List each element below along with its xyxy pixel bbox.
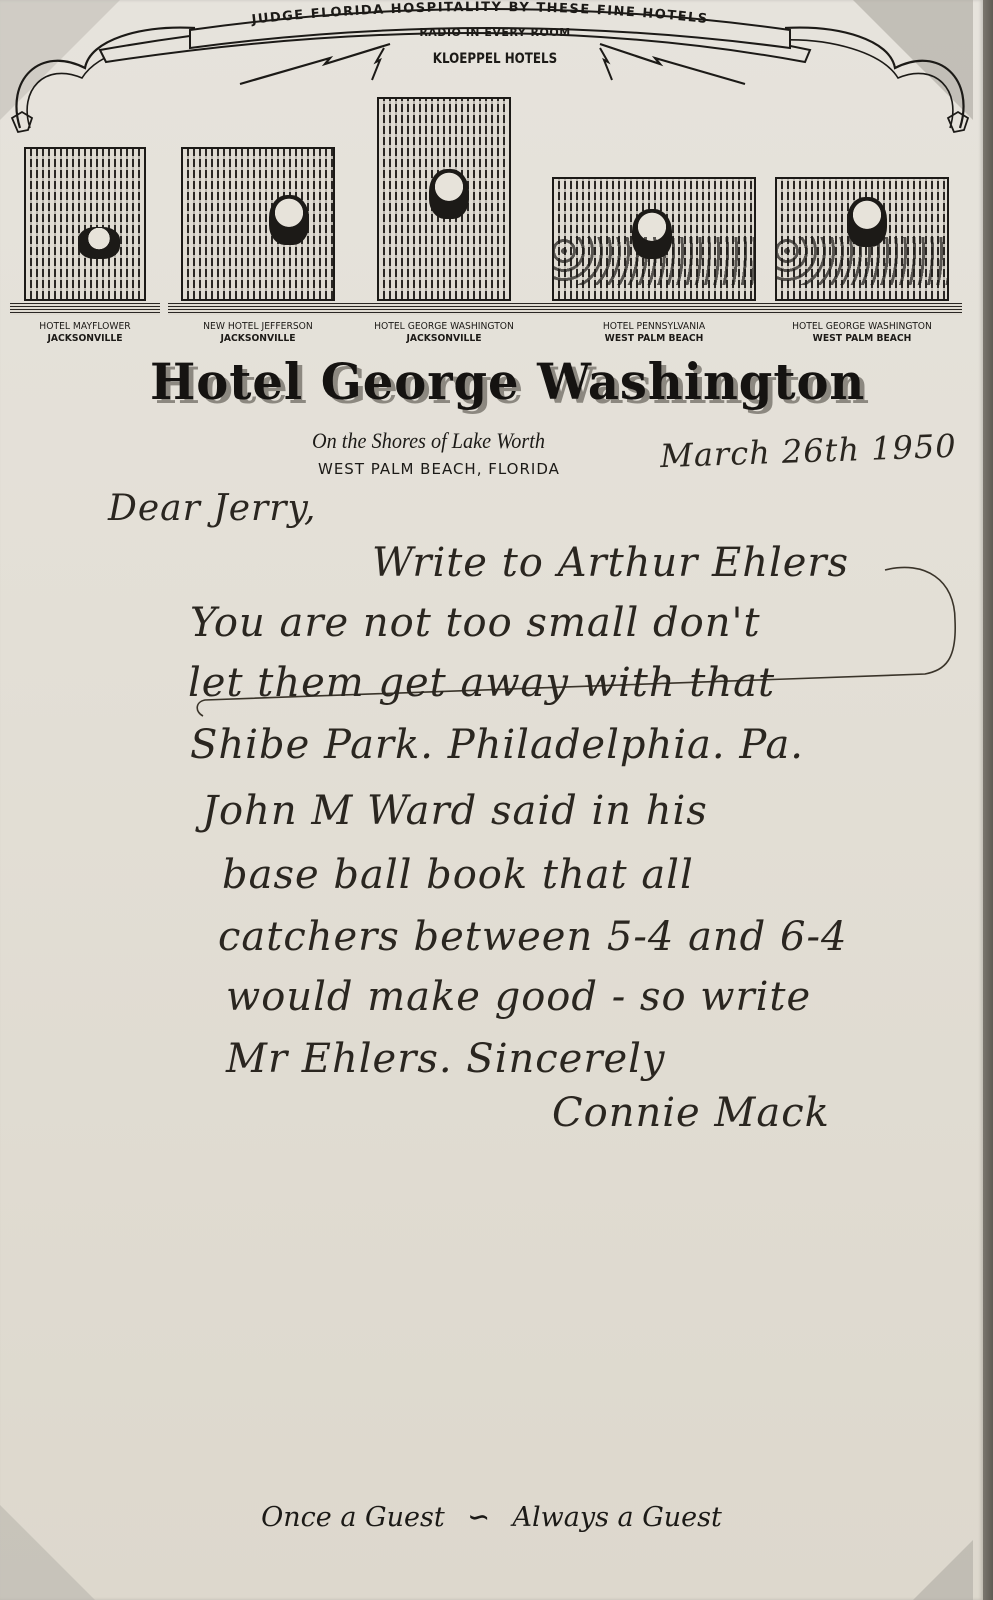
- building-with-washington-portrait-icon: [377, 97, 511, 301]
- footer-motto: Once a Guest ∽ Always a Guest: [0, 1502, 983, 1533]
- hotel-city: JACKSONVILLE: [175, 333, 341, 345]
- hotel-city: JACKSONVILLE: [356, 333, 533, 345]
- hotel-george-washington-jacksonville: HOTEL GEORGE WASHINGTONJACKSONVILLE: [348, 97, 540, 345]
- letter-line-2: You are not too small don't: [190, 600, 761, 646]
- letter-line-9: Mr Ehlers. Sincerely: [226, 1036, 666, 1082]
- letter-line-8: would make good - so write: [226, 974, 811, 1020]
- hotel-george-washington-west-palm-beach: HOTEL GEORGE WASHINGTONWEST PALM BEACH: [762, 177, 962, 345]
- hotel-illustrations-row: HOTEL MAYFLOWERJACKSONVILLE NEW HOTEL JE…: [10, 75, 970, 345]
- building-with-ship-emblem-icon: [24, 147, 146, 301]
- letter-line-1: Write to Arthur Ehlers: [372, 540, 849, 586]
- swirl-separator-icon: ∽: [467, 1502, 490, 1533]
- hotel-name: HOTEL MAYFLOWER: [39, 321, 130, 332]
- footer-motto-left: Once a Guest: [261, 1502, 445, 1533]
- letter-line-5: John M Ward said in his: [202, 788, 708, 834]
- building-with-penn-portrait-icon: [552, 177, 756, 301]
- hotel-name: HOTEL GEORGE WASHINGTON: [374, 321, 514, 332]
- letter-signature: Connie Mack: [552, 1090, 830, 1136]
- hotel-subtitle: On the Shores of Lake Worth: [312, 428, 545, 454]
- letter-line-4: Shibe Park. Philadelphia. Pa.: [190, 722, 804, 768]
- hotel-mayflower-jacksonville: HOTEL MAYFLOWERJACKSONVILLE: [10, 147, 160, 345]
- letter-date: March 26th 1950: [659, 427, 957, 475]
- hotel-location: WEST PALM BEACH, FLORIDA: [318, 460, 560, 478]
- building-with-washington-portrait-icon: [775, 177, 949, 301]
- hotel-city: JACKSONVILLE: [16, 333, 154, 345]
- footer-motto-right: Always a Guest: [512, 1502, 721, 1533]
- building-with-jefferson-portrait-icon: [181, 147, 335, 301]
- hotel-pennsylvania-west-palm-beach: HOTEL PENNSYLVANIAWEST PALM BEACH: [538, 177, 770, 345]
- photo-corner-bottom-right: [913, 1540, 973, 1600]
- hotel-chain-name: KLOEPPEL HOTELS: [414, 51, 576, 67]
- letter-line-6: base ball book that all: [222, 852, 694, 898]
- radio-in-every-room-text: RADIO IN EVERY ROOM: [400, 26, 590, 39]
- hotel-name: HOTEL GEORGE WASHINGTON: [792, 321, 932, 332]
- hotel-title: Hotel George Washington: [150, 352, 803, 411]
- letter-line-3: let them get away with that: [188, 660, 775, 706]
- hotel-city: WEST PALM BEACH: [770, 333, 954, 345]
- letter-sheet: JUDGE FLORIDA HOSPITALITY BY THESE FINE …: [0, 0, 983, 1600]
- letter-greeting: Dear Jerry,: [108, 488, 316, 529]
- frame-edge: [983, 0, 993, 1600]
- hotel-name: HOTEL PENNSYLVANIA: [603, 321, 705, 332]
- letter-line-7: catchers between 5-4 and 6-4: [218, 914, 847, 960]
- new-hotel-jefferson-jacksonville: NEW HOTEL JEFFERSONJACKSONVILLE: [168, 147, 348, 345]
- hotel-city: WEST PALM BEACH: [547, 333, 760, 345]
- hotel-name: NEW HOTEL JEFFERSON: [203, 321, 313, 332]
